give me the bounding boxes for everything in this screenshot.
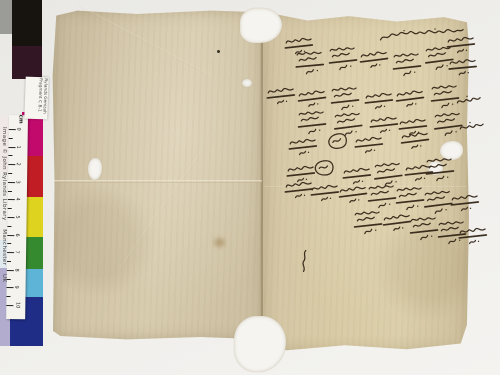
ruler-unit-label: cm [17,115,23,124]
ruler-number: 4 [14,198,20,201]
horizontal-fold-crease [54,180,262,183]
archive-shelfmark-label: Rylands Genizah Fragment C B-1 [24,77,48,120]
ruler-number: 7 [14,251,20,254]
damage-patch [428,161,443,175]
ruler-number: 3 [15,180,21,183]
cm-ruler: cm 012345678910 [6,115,28,319]
ruler-tick-minor [8,155,12,156]
ruler-tick-major [6,305,13,306]
ruler-tick-minor [9,138,13,139]
ruler-number: 9 [13,286,19,289]
ruler-number: 5 [14,215,20,218]
label-line: Fragment [37,78,43,99]
stain [217,50,220,53]
ruler-number: 1 [15,145,21,148]
ruler-number: 10 [14,302,20,308]
horizontal-fold-crease [264,186,466,188]
ruler-tick-minor [7,279,11,280]
ruler-tick-minor [8,173,12,174]
manuscript-left-page [52,9,264,341]
ruler-tick-minor [7,226,11,227]
stain [214,238,225,247]
ruler-tick-minor [6,296,10,297]
manuscript-right-page [262,12,469,352]
ruler-tick-minor [8,191,12,192]
label-line: C B-1 [37,100,42,112]
digitised-manuscript-photograph: cm 012345678910 Image © John Rylands Lib… [0,0,500,375]
ruler-number: 0 [15,127,21,130]
ruler-tick-minor [7,243,11,244]
ruler-number: 2 [15,163,21,166]
ruler-number: 8 [13,268,19,271]
center-fold [260,13,264,345]
damage-patch [440,141,463,160]
manuscript-bifolium [0,0,500,375]
copyright-watermark: Image © John Rylands Library Manchester … [1,127,7,332]
damage-patch [234,316,286,372]
ruler-number: 6 [14,233,20,236]
label-line: Genizah [41,96,47,114]
ruler-tick-minor [8,208,12,209]
ruler-tick-minor [7,261,11,262]
damage-patch [242,79,252,87]
label-line: Rylands [42,78,48,95]
